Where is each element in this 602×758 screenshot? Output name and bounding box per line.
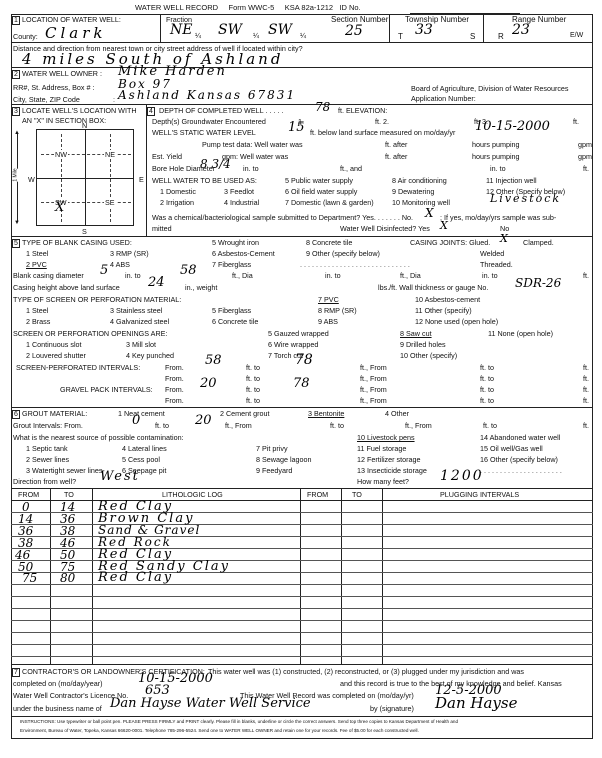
joints-glued-mark[interactable]: X xyxy=(500,232,508,245)
use-oil-field[interactable]: 6 Oil field water supply xyxy=(285,187,357,196)
mile-label: 1 Mile xyxy=(13,168,19,181)
use-domestic[interactable]: 1 Domestic xyxy=(160,187,196,196)
signature-label: by (signature) xyxy=(370,704,414,713)
col-divider xyxy=(92,488,93,664)
col-divider xyxy=(382,488,383,664)
ft: ft. xyxy=(583,385,589,394)
ft-dia: ft., Dia xyxy=(232,271,253,280)
county-label: County: xyxy=(13,32,38,41)
bore-ft: ft. xyxy=(583,164,589,173)
screen-brass[interactable]: 2 Brass xyxy=(26,317,50,326)
joints-threaded[interactable]: Threaded. xyxy=(480,260,513,269)
section1-title-text: LOCATION OF WATER WELL: xyxy=(22,15,121,24)
screen-asbestos[interactable]: 10 Asbestos-cement xyxy=(415,295,480,304)
groundwater-label: Depth(s) Groundwater Encountered xyxy=(152,117,266,126)
from-label: From. xyxy=(165,385,184,394)
signature-field[interactable]: Dan Hayse xyxy=(435,694,517,712)
section4-title-text: DEPTH OF COMPLETED WELL xyxy=(159,106,263,115)
bore-in-to: in. to xyxy=(243,164,259,173)
nw-label: NW xyxy=(54,150,68,159)
pump-label: Pump test data: Well water was xyxy=(202,140,303,149)
in-to: in. to xyxy=(482,271,498,280)
in-weight: in., weight xyxy=(185,283,217,292)
township-prefix: T xyxy=(398,32,403,41)
gw2-label: ft. 2. xyxy=(375,117,389,126)
colon: : xyxy=(113,95,115,104)
from-label: From. xyxy=(165,374,184,383)
use-dewatering[interactable]: 9 Dewatering xyxy=(392,187,434,196)
ft: ft. xyxy=(583,271,589,280)
opening-mill[interactable]: 3 Mill slot xyxy=(126,340,156,349)
board-label: Board of Agriculture, Division of Water … xyxy=(411,84,569,93)
height-label: Casing height above land surface xyxy=(13,283,120,292)
source-other-field[interactable]: . . . . . . . . . . . . . . . . . . . . … xyxy=(480,466,562,475)
range-prefix: R xyxy=(498,32,504,41)
gravel-label: GRAVEL PACK INTERVALS: xyxy=(60,385,153,394)
use-label: WELL WATER TO BE USED AS: xyxy=(152,176,257,185)
log-header-to: TO xyxy=(64,490,74,499)
ksa-number: KSA 82a-1212 xyxy=(285,3,333,12)
divider xyxy=(11,716,593,717)
source-feedyard[interactable]: 9 Feedyard xyxy=(256,466,292,475)
grout-cement-grout[interactable]: 2 Cement grout xyxy=(220,409,270,418)
elevation-label: ft. ELEVATION: xyxy=(338,106,387,115)
use-public-water[interactable]: 5 Public water supply xyxy=(285,176,353,185)
col-divider xyxy=(300,488,301,664)
ft-to: ft. to xyxy=(330,421,344,430)
opening-gauzed[interactable]: 5 Gauzed wrapped xyxy=(268,329,329,338)
openings-title: SCREEN OR PERFORATION OPENINGS ARE: xyxy=(13,329,167,338)
opening-wire[interactable]: 6 Wire wrapped xyxy=(268,340,318,349)
section3-subtitle: AN "X" IN SECTION BOX: xyxy=(22,116,106,125)
gw-end-label: ft. xyxy=(573,117,579,126)
row-rule xyxy=(11,656,593,657)
screen-intervals-label: SCREEN-PERFORATED INTERVALS: xyxy=(16,363,140,372)
section-number-field[interactable]: 25 xyxy=(345,23,363,39)
section3-title-text: LOCATE WELL'S LOCATION WITH xyxy=(22,106,137,115)
disinfected-yes-mark[interactable]: X xyxy=(440,219,448,232)
fraction-q1[interactable]: NE xyxy=(170,22,192,38)
use-domestic-lawn[interactable]: 7 Domestic (lawn & garden) xyxy=(285,198,374,207)
gauge-field[interactable]: SDR-26 xyxy=(515,276,561,290)
range-field[interactable]: 23 xyxy=(512,22,530,38)
grout-to-field[interactable]: 20 xyxy=(195,413,212,428)
bore-ft-and: ft., and xyxy=(340,164,362,173)
col-divider xyxy=(50,488,51,664)
quarter-symbol: ¼ xyxy=(253,31,259,40)
gravel-to-field[interactable]: 78 xyxy=(293,376,310,391)
range-suffix: E/W xyxy=(570,32,583,39)
screen-steel[interactable]: 1 Steel xyxy=(26,306,48,315)
opening-saw-cut[interactable]: 8 Saw cut xyxy=(400,329,432,338)
ft-from: ft., From xyxy=(360,363,387,372)
source-pit-privy[interactable]: 7 Pit privy xyxy=(256,444,288,453)
source-septic[interactable]: 1 Septic tank xyxy=(26,444,68,453)
sample-no-mark[interactable]: X xyxy=(425,206,434,220)
grout-intervals-label: Grout Intervals: From. xyxy=(13,421,83,430)
screen-galvanized[interactable]: 4 Galvanized steel xyxy=(110,317,169,326)
joints-label: CASING JOINTS: Glued. xyxy=(410,238,490,247)
screen-other[interactable]: 11 Other (specify) xyxy=(415,306,472,315)
in-to: in. to xyxy=(325,271,341,280)
bore-in-to-2: in. to xyxy=(490,164,506,173)
id-label: ID No. xyxy=(339,3,360,12)
yield-label: Est. Yield xyxy=(152,152,182,161)
form-number: Form WWC-5 xyxy=(228,3,274,12)
plug-header-to: TO xyxy=(352,490,362,499)
ft-to: ft. to xyxy=(246,396,260,405)
township-suffix: S xyxy=(470,32,475,41)
section5-title-text: TYPE OF BLANK CASING USED: xyxy=(22,238,132,247)
sample-label: Was a chemical/bacteriological sample su… xyxy=(152,213,413,222)
grout-from-field[interactable]: 0 xyxy=(132,413,140,428)
section2-title-text: WATER WELL OWNER : xyxy=(22,69,102,78)
diameter-field[interactable]: 5 xyxy=(100,263,108,278)
section6-title-text: GROUT MATERIAL: xyxy=(22,409,87,418)
section5-title: 5TYPE OF BLANK CASING USED: xyxy=(12,238,132,248)
ft-from: ft., From xyxy=(360,396,387,405)
use-other-field[interactable]: Livestock xyxy=(490,192,561,205)
arrow-up-icon: ▲ xyxy=(14,130,20,136)
casing-to-field[interactable]: 58 xyxy=(180,263,197,278)
east-label: E xyxy=(139,175,144,184)
screen-from-field[interactable]: 58 xyxy=(205,353,222,368)
sample-tail-2: mitted xyxy=(152,224,172,233)
disinfected-label: Water Well Disinfected? Yes xyxy=(340,224,430,233)
direction-label: Direction from well? xyxy=(13,477,76,486)
use-air-conditioning[interactable]: 8 Air conditioning xyxy=(392,176,447,185)
sample-tail: ; If yes, mo/day/yrs sample was sub- xyxy=(440,213,556,222)
source-watertight[interactable]: 3 Watertight sewer lines xyxy=(26,466,102,475)
bore-field[interactable]: 8 3/4 xyxy=(200,157,231,171)
casing-asbestos[interactable]: 6 Asbestos-Cement xyxy=(212,249,275,258)
ft-to: ft. to xyxy=(246,363,260,372)
divider xyxy=(146,104,147,236)
source-oil-gas[interactable]: 15 Oil well/Gas well xyxy=(480,444,543,453)
address-label: RR#, St. Address, Box # : xyxy=(13,83,95,92)
joints-welded[interactable]: Welded xyxy=(480,249,504,258)
business-label: under the business name of xyxy=(13,704,102,713)
fraction-q3[interactable]: SW xyxy=(268,22,292,38)
grout-other[interactable]: 4 Other xyxy=(385,409,409,418)
divider xyxy=(389,14,390,42)
ft-after: ft. after xyxy=(385,140,407,149)
divider xyxy=(11,407,593,408)
opening-louvered[interactable]: 2 Louvered shutter xyxy=(26,351,86,360)
casing-rmp[interactable]: 3 RMP (SR) xyxy=(110,249,149,258)
quarter-symbol: ¼ xyxy=(300,31,306,40)
ft-from: ft., From xyxy=(360,374,387,383)
casing-steel[interactable]: 1 Steel xyxy=(26,249,48,258)
divider xyxy=(160,14,161,42)
source-fertilizer[interactable]: 12 Fertilizer storage xyxy=(357,455,421,464)
section-box[interactable]: NW NE SW SE X xyxy=(36,129,134,226)
divider xyxy=(11,488,593,489)
log-from[interactable]: 75 xyxy=(22,571,37,585)
contamination-label: What is the nearest source of possible c… xyxy=(13,433,184,442)
direction-field[interactable]: West xyxy=(100,469,140,484)
source-abandoned[interactable]: 14 Abandoned water well xyxy=(480,433,560,442)
ft: ft. xyxy=(583,374,589,383)
screen-none[interactable]: 12 None used (open hole) xyxy=(415,317,498,326)
instructions-line-1: INSTRUCTIONS: Use typewriter or ball poi… xyxy=(20,719,458,724)
screen-abs[interactable]: 9 ABS xyxy=(318,317,338,326)
screen-pvc[interactable]: 7 PVC xyxy=(318,295,339,304)
section3-title: 3LOCATE WELL'S LOCATION WITH xyxy=(12,106,137,116)
row-rule xyxy=(11,632,593,633)
screen-stainless[interactable]: 3 Stainless steel xyxy=(110,306,162,315)
title-text: WATER WELL RECORD xyxy=(135,3,218,12)
ft-to: ft. to xyxy=(483,421,497,430)
source-insecticide[interactable]: 13 Insecticide storage xyxy=(357,466,427,475)
ft-to: ft. to xyxy=(480,374,494,383)
ft-to: ft. to xyxy=(246,385,260,394)
city-label: City, State, ZIP Code xyxy=(13,95,80,104)
business-field[interactable]: Dan Hayse Water Well Service xyxy=(110,696,311,711)
ft-to: ft. to xyxy=(480,396,494,405)
use-monitoring[interactable]: 10 Monitoring well xyxy=(392,198,450,207)
west-label: W xyxy=(28,175,35,184)
hours-pumping: hours pumping xyxy=(472,140,520,149)
ft-from: ft., From xyxy=(360,385,387,394)
se-label: SE xyxy=(104,198,116,207)
instructions-line-2: Environment, Bureau of Water, Topeka, Ka… xyxy=(20,728,419,733)
application-label: Application Number: xyxy=(411,94,476,103)
opening-drilled[interactable]: 9 Drilled holes xyxy=(400,340,446,349)
ft-from: ft., From xyxy=(225,421,252,430)
section2-title: 2WATER WELL OWNER : xyxy=(12,69,102,79)
diameter-label: Blank casing diameter xyxy=(13,271,84,280)
ft-to: ft. to xyxy=(480,385,494,394)
ft: ft. xyxy=(583,421,589,430)
screen-fiberglass[interactable]: 5 Fiberglass xyxy=(212,306,251,315)
south-label: S xyxy=(82,227,87,236)
in-to: in. to xyxy=(125,271,141,280)
form-title: WATER WELL RECORD Form WWC-5 KSA 82a-121… xyxy=(135,3,361,12)
use-industrial[interactable]: 4 Industrial xyxy=(224,198,259,207)
screen-title: TYPE OF SCREEN OR PERFORATION MATERIAL: xyxy=(13,295,181,304)
gpm: gpm xyxy=(578,140,592,149)
fraction-q2[interactable]: SW xyxy=(218,22,242,38)
source-sewer[interactable]: 2 Sewer lines xyxy=(26,455,69,464)
source-fuel[interactable]: 11 Fuel storage xyxy=(357,444,406,453)
casing-other[interactable]: 9 Other (specify below) xyxy=(306,249,380,258)
ft-from: ft., From xyxy=(405,421,432,430)
yield-gpm: gpm: Well water was xyxy=(222,152,288,161)
section6-title: 6GROUT MATERIAL: xyxy=(12,409,87,419)
grout-neat-cement[interactable]: 1 Neat cement xyxy=(118,409,165,418)
city-field[interactable]: Ashland Kansas 67831 xyxy=(118,88,296,102)
grout-bentonite[interactable]: 3 Bentonite xyxy=(308,409,344,418)
use-feedlot[interactable]: 3 Feedlot xyxy=(224,187,254,196)
completed-label: completed on (mo/day/year) xyxy=(13,679,103,688)
opening-none[interactable]: 11 None (open hole) xyxy=(488,329,553,338)
static-label: WELL'S STATIC WATER LEVEL xyxy=(152,128,256,137)
feet-label: How many feet? xyxy=(357,477,409,486)
plug-header-from: FROM xyxy=(307,490,328,499)
feet-field[interactable]: 1200 xyxy=(440,468,484,484)
depth-field[interactable]: 78 xyxy=(315,100,330,114)
plug-header-intervals: PLUGGING INTERVALS xyxy=(440,490,519,499)
casing-fiberglass[interactable]: 7 Fiberglass xyxy=(212,260,251,269)
casing-other-field[interactable]: . . . . . . . . . . . . . . . . . . . . … xyxy=(300,260,410,269)
north-label: N xyxy=(82,121,87,130)
divider xyxy=(11,67,593,68)
static-field[interactable]: 15 xyxy=(288,120,305,135)
row-rule xyxy=(11,644,593,645)
well-location-mark: X xyxy=(55,200,64,215)
hours-pumping: hours pumping xyxy=(472,152,520,161)
screen-rmp[interactable]: 8 RMP (SR) xyxy=(318,306,357,315)
casing-pvc[interactable]: 2 PVC xyxy=(26,260,47,269)
divider xyxy=(483,14,484,42)
joints-clamped[interactable]: Clamped. xyxy=(523,238,554,247)
log-header-lithology: LITHOLOGIC LOG xyxy=(162,490,223,499)
from-label: From. xyxy=(165,363,184,372)
log-to[interactable]: 80 xyxy=(60,571,75,585)
divider xyxy=(11,664,593,665)
static-date-field[interactable]: 10-15-2000 xyxy=(475,119,550,134)
ft-to: ft. to xyxy=(480,363,494,372)
ft: ft. xyxy=(583,396,589,405)
casing-abs[interactable]: 4 ABS xyxy=(110,260,130,269)
row-rule xyxy=(11,608,593,609)
casing-concrete[interactable]: 8 Concrete tile xyxy=(306,238,352,247)
use-irrigation[interactable]: 2 Irrigation xyxy=(160,198,194,207)
row-rule xyxy=(11,620,593,621)
gpm: gpm xyxy=(578,152,592,161)
col-divider xyxy=(341,488,342,664)
section4-title: 4 DEPTH OF COMPLETED WELL . . . . . xyxy=(147,106,283,116)
ne-label: NE xyxy=(104,150,116,159)
county-field[interactable]: Clark xyxy=(45,24,106,42)
gravel-from-field[interactable]: 20 xyxy=(200,376,217,391)
divider xyxy=(11,42,593,43)
static-suffix: ft. below land surface measured on mo/da… xyxy=(310,128,455,137)
casing-wrought-iron[interactable]: 5 Wrought iron xyxy=(212,238,259,247)
screen-concrete[interactable]: 6 Concrete tile xyxy=(212,317,258,326)
source-cess[interactable]: 5 Cess pool xyxy=(122,455,160,464)
height-field[interactable]: 24 xyxy=(148,275,165,290)
quarter-symbol: ¼ xyxy=(195,31,201,40)
log-desc[interactable]: Red Clay xyxy=(98,570,173,585)
ft: ft. xyxy=(583,363,589,372)
ft-dia: ft., Dia xyxy=(400,271,421,280)
source-other[interactable]: 16 Other (specify below) xyxy=(480,455,558,464)
source-lagoon[interactable]: 8 Sewage lagoon xyxy=(256,455,312,464)
screen-to-field[interactable]: 78 xyxy=(295,352,313,368)
certification-text: This water well was (1) constructed, (2)… xyxy=(208,667,524,676)
log-header-from: FROM xyxy=(18,490,39,499)
ft-after: ft. after xyxy=(385,152,407,161)
opening-continuous[interactable]: 1 Continuous slot xyxy=(26,340,82,349)
township-field[interactable]: 33 xyxy=(415,22,433,38)
source-lateral[interactable]: 4 Lateral lines xyxy=(122,444,167,453)
ft-to: ft. to xyxy=(246,374,260,383)
wall-label: lbs./ft. Wall thickness or gauge No. xyxy=(378,283,488,292)
ft-to: ft. to xyxy=(155,421,169,430)
opening-other[interactable]: 10 Other (specify) xyxy=(400,351,457,360)
source-livestock[interactable]: 10 Livestock pens xyxy=(357,433,415,442)
use-injection[interactable]: 11 Injection well xyxy=(486,176,537,185)
opening-key-punched[interactable]: 4 Key punched xyxy=(126,351,174,360)
from-label: From. xyxy=(165,396,184,405)
divider xyxy=(11,104,593,105)
row-rule xyxy=(11,596,593,597)
arrow-down-icon: ▼ xyxy=(14,220,20,226)
